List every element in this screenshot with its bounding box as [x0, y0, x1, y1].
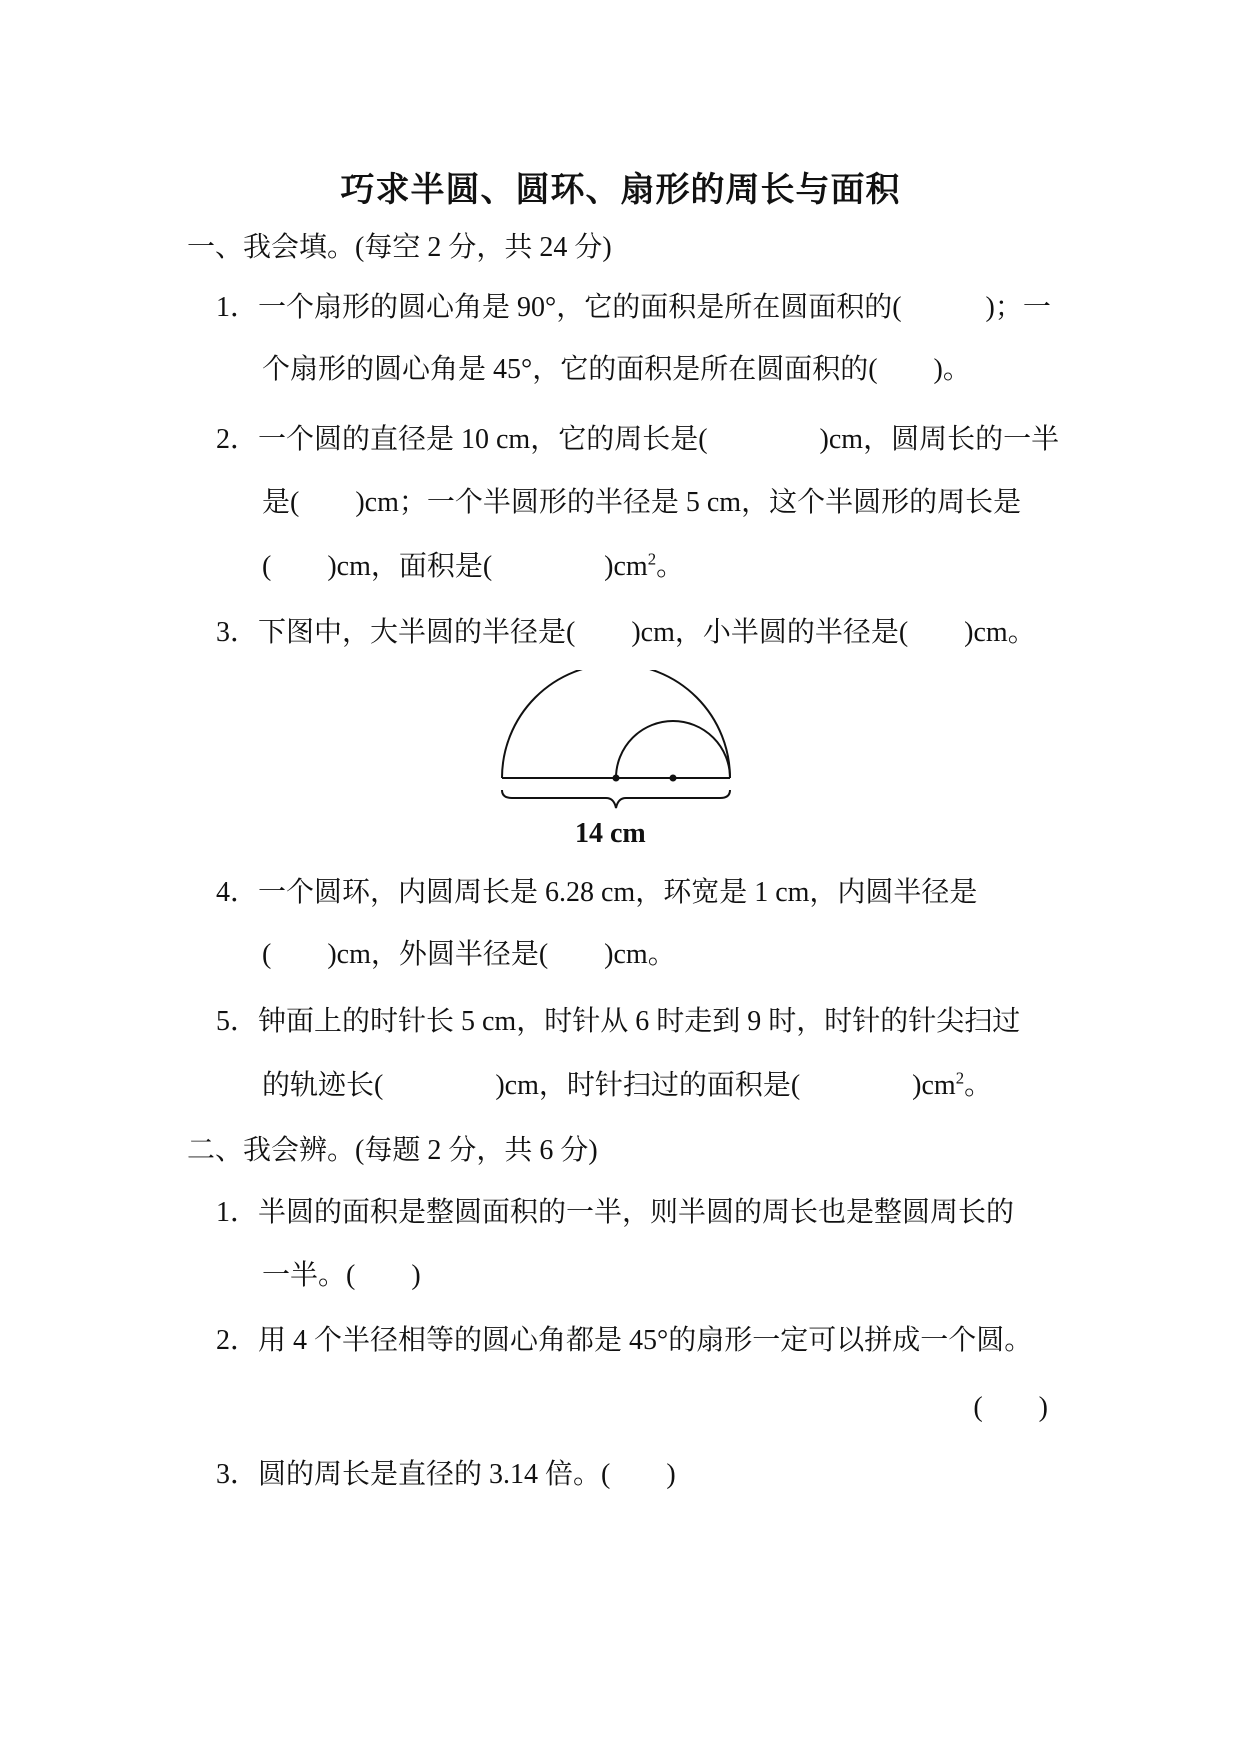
s1-q2-line3: ( )cm，面积是( )cm2。 [262, 549, 684, 585]
s1-q1-line2: 个扇形的圆心角是 45°，它的面积是所在圆面积的( )。 [262, 352, 971, 388]
s1-q5-line2-end: 。 [964, 1070, 992, 1101]
s1-q3-line1: 3．下图中，大半圆的半径是( )cm，小半圆的半径是( )cm。 [216, 615, 1036, 651]
superscript-2: 2 [956, 1069, 964, 1088]
s1-q2-line2: 是( )cm；一个半圆形的半径是 5 cm，这个半圆形的周长是 [262, 485, 1021, 521]
s2-q2-answer-blank: ( ) [973, 1390, 1048, 1426]
superscript-2: 2 [648, 550, 656, 569]
s1-q4-line1: 4．一个圆环，内圆周长是 6.28 cm，环宽是 1 cm，内圆半径是 [216, 875, 977, 911]
s1-q1-line1: 1．一个扇形的圆心角是 90°，它的面积是所在圆面积的( )；一 [216, 290, 1051, 326]
s2-q1-line2: 一半。( ) [262, 1258, 421, 1294]
semicircle-figure [490, 670, 750, 810]
section-1-heading: 一、我会填。(每空 2 分，共 24 分) [187, 230, 612, 266]
s2-q3-line1: 3．圆的周长是直径的 3.14 倍。( ) [216, 1457, 676, 1493]
s1-q5-line1: 5．钟面上的时针长 5 cm，时针从 6 时走到 9 时，时针的针尖扫过 [216, 1004, 1020, 1040]
section-2-heading: 二、我会辨。(每题 2 分，共 6 分) [187, 1133, 598, 1169]
s1-q2-line3-text: ( )cm，面积是( )cm [262, 551, 648, 582]
s1-q5-line2-text: 的轨迹长( )cm，时针扫过的面积是( )cm [262, 1070, 956, 1101]
s2-q1-line1: 1．半圆的面积是整圆面积的一半，则半圆的周长也是整圆周长的 [216, 1195, 1014, 1231]
s1-q4-line2: ( )cm，外圆半径是( )cm。 [262, 937, 676, 973]
s2-q2-line1: 2．用 4 个半径相等的圆心角都是 45°的扇形一定可以拼成一个圆。 [216, 1323, 1032, 1359]
s1-q2-line3-end: 。 [656, 551, 684, 582]
page-title: 巧求半圆、圆环、扇形的周长与面积 [0, 162, 1241, 211]
figure-label: 14 cm [575, 818, 646, 850]
s1-q5-line2: 的轨迹长( )cm，时针扫过的面积是( )cm2。 [262, 1068, 992, 1104]
s1-q2-line1: 2．一个圆的直径是 10 cm，它的周长是( )cm，圆周长的一半 [216, 422, 1059, 458]
